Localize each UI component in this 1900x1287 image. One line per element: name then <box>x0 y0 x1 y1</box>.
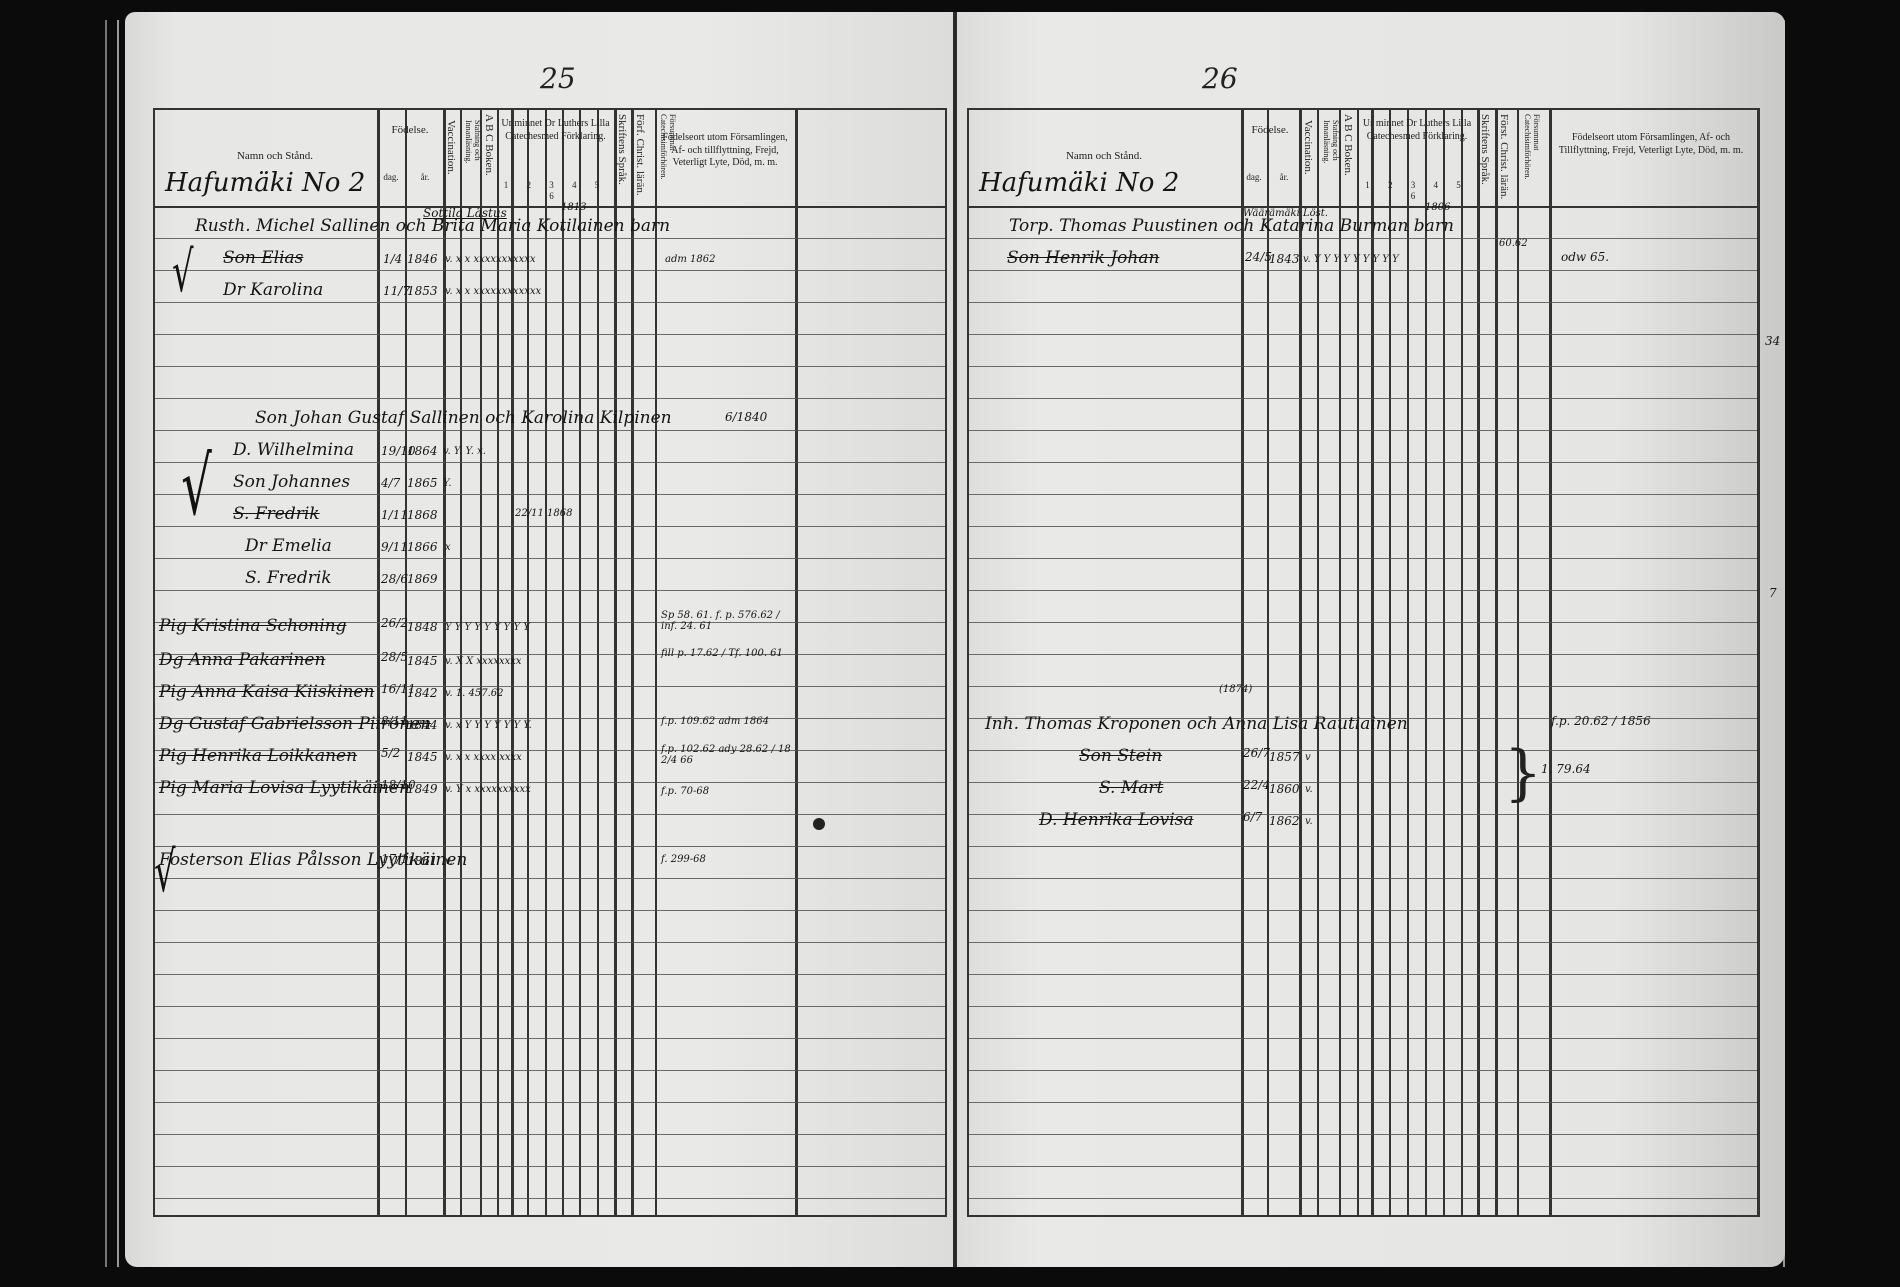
birth-year: 1862 <box>1269 814 1300 828</box>
remark: f.p. 109.62 adm 1864 <box>661 716 769 727</box>
col-rule <box>795 110 798 1215</box>
remark: f. 299-68 <box>661 854 706 865</box>
birth-year: 1869 <box>407 572 438 586</box>
row-rule <box>969 910 1757 911</box>
header-christ: Förf. Christ. lärän. <box>634 114 646 204</box>
row-rule <box>969 1006 1757 1007</box>
col-rule <box>1517 110 1519 1215</box>
col-rule <box>545 110 547 1215</box>
row-rule <box>155 1006 945 1007</box>
remark: odw 65. <box>1561 250 1609 264</box>
row-rule <box>969 878 1757 879</box>
col-rule <box>1389 110 1391 1215</box>
remark: f.p. 20.62 / 1856 <box>1551 714 1651 728</box>
marks: v. Y. Y. x. <box>443 446 486 457</box>
row-rule <box>969 590 1757 591</box>
birth-day: 1/11 <box>381 508 408 522</box>
row-rule <box>155 302 945 303</box>
remark: Sp 58. 61. f. p. 576.62 / inf. 24. 61 <box>661 610 791 632</box>
person-name: D. Wilhelmina <box>233 440 354 460</box>
header-birth-day: dag. <box>377 172 405 183</box>
marks: v <box>1305 752 1311 763</box>
household-head: Inh. Thomas Kroponen och Anna Lisa Rauti… <box>985 714 1408 734</box>
ledger-table: Namn och Stånd. Födelse. dag. år. Vaccin… <box>153 108 947 1217</box>
header-reading: Stafning och Innanläsning. <box>464 120 482 204</box>
marks: v. 1. 457.62 <box>445 688 504 699</box>
person-name: D. Henrika Lovisa <box>1039 810 1194 830</box>
household-head: Rusth. Michel Sallinen och Brita Maria K… <box>195 216 670 236</box>
header-vaccination: Vaccination. <box>445 120 457 204</box>
row-rule <box>969 686 1757 687</box>
farm-title: Hafumäki No 2 <box>165 168 365 198</box>
row-rule <box>969 430 1757 431</box>
marks: v. x x xxxxxxxxxxxx <box>445 286 541 297</box>
row-rule <box>155 398 945 399</box>
marks: v. x x xxxxxxxxxxx <box>445 254 536 265</box>
row-rule <box>969 942 1757 943</box>
birth-day: 9/11 <box>381 540 408 554</box>
person-name: Son Stein <box>1079 746 1162 766</box>
header-birth-year: år. <box>1269 172 1299 183</box>
bracket-note: 1. 79.64 <box>1541 762 1591 776</box>
birth-year: 1868 <box>407 508 438 522</box>
remark: f.p. 102.62 ady 28.62 / 18 2/4 66 <box>661 744 791 766</box>
col-rule <box>1339 110 1341 1215</box>
person-name: Pig Henrika Loikkanen <box>159 746 357 766</box>
person-name: Pig Kristina Schoning <box>159 616 346 636</box>
col-rule <box>1425 110 1427 1215</box>
row-rule <box>155 238 945 239</box>
birth-year: 1857 <box>1269 750 1300 764</box>
col-rule <box>1371 110 1374 1215</box>
header-scripture: Skriftens Språk. <box>1479 114 1491 204</box>
check-mark-icon: √ <box>181 440 212 533</box>
row-rule <box>155 462 945 463</box>
birth-year: 1848 <box>407 620 438 634</box>
col-rule <box>377 110 380 1215</box>
birth-year: 1844 <box>407 718 438 732</box>
col-rule <box>1461 110 1463 1215</box>
birth-year: 1853 <box>407 284 438 298</box>
marks: 22/11 1868 <box>515 508 572 519</box>
header-abc-book: A B C Boken. <box>1342 114 1354 204</box>
person-name: Dr Emelia <box>245 536 332 556</box>
person-name: Son Henrik Johan <box>1007 248 1159 268</box>
birth-year: 1845 <box>407 750 438 764</box>
birth-year: 1849 <box>407 782 438 796</box>
header-birth-day: dag. <box>1241 172 1267 183</box>
marks: v. x Y Y Y Y Y Y Y. <box>445 720 532 731</box>
header-name: Namn och Stånd. <box>215 150 335 164</box>
row-rule <box>969 1102 1757 1103</box>
annotation: (1874) <box>1219 684 1252 695</box>
marks: Y Y Y Y Y Y Y Y Y <box>445 622 530 633</box>
col-rule <box>1407 110 1409 1215</box>
header-vaccination: Vaccination. <box>1302 120 1314 204</box>
marks: v. <box>1305 816 1313 827</box>
row-rule <box>155 942 945 943</box>
birth-year: 1860 <box>1269 782 1300 796</box>
row-rule <box>969 462 1757 463</box>
row-rule <box>155 878 945 879</box>
person-name: Son Johannes <box>233 472 350 492</box>
page-number: 25 <box>540 62 576 95</box>
page-number: 26 <box>1202 62 1238 95</box>
row-rule <box>969 846 1757 847</box>
row-rule <box>155 1198 945 1199</box>
row-rule <box>969 526 1757 527</box>
row-rule <box>969 238 1757 239</box>
birth-day: 8/11 <box>381 714 408 728</box>
marks: v. <box>1305 784 1313 795</box>
header-catechism: Ur minnet Dr Luthers Lilla Catechesmed F… <box>1357 118 1477 143</box>
row-rule <box>969 1038 1757 1039</box>
row-rule <box>969 270 1757 271</box>
person-name: Pig Anna Kaisa Kiiskinen <box>159 682 374 702</box>
birth-year: 1866 <box>407 540 438 554</box>
row-rule <box>155 526 945 527</box>
margin-note: 34 <box>1765 334 1780 348</box>
ledger-table: Namn och Stånd. Födelse. dag. år. Vaccin… <box>967 108 1760 1217</box>
row-rule <box>155 1134 945 1135</box>
row-rule <box>969 302 1757 303</box>
header-christ: Först. Christ. lärän. <box>1498 114 1510 204</box>
birth-day: 26/2 <box>381 616 408 630</box>
book-edge-left <box>105 20 119 1267</box>
row-rule <box>155 558 945 559</box>
row-rule <box>969 974 1757 975</box>
row-rule <box>155 974 945 975</box>
farm-title: Hafumäki No 2 <box>979 168 1179 198</box>
marks: x <box>445 542 451 553</box>
header-divider <box>155 206 945 208</box>
row-rule <box>155 1038 945 1039</box>
row-rule <box>969 1134 1757 1135</box>
col-rule <box>1357 110 1359 1215</box>
row-rule <box>155 1070 945 1071</box>
household-head: Son Johan Gustaf Sallinen och Karolina K… <box>255 408 672 428</box>
row-rule <box>155 846 945 847</box>
header-catechism-cols: 1 2 3 4 5 6 <box>1357 180 1477 203</box>
marks: Y. <box>443 478 452 489</box>
marks: v. x x xxxx xxxx <box>445 752 522 763</box>
margin-note: 7 <box>1769 586 1777 600</box>
person-name: S. Fredrik <box>245 568 332 588</box>
header-reading: Stafning och Innanläsning. <box>1322 120 1340 204</box>
header-birth: Födelse. <box>377 124 443 138</box>
birth-day: 22/4 <box>1243 778 1270 792</box>
check-mark-icon: √ <box>172 240 193 305</box>
birth-day: 1/4 <box>383 252 402 266</box>
header-name: Namn och Stånd. <box>1039 150 1169 164</box>
row-rule <box>969 622 1757 623</box>
col-rule <box>655 110 657 1215</box>
row-rule <box>155 494 945 495</box>
row-rule <box>155 910 945 911</box>
birth-year: 1865 <box>407 476 438 490</box>
col-rule <box>1317 110 1319 1215</box>
row-rule <box>155 590 945 591</box>
row-rule <box>155 270 945 271</box>
col-rule <box>579 110 581 1215</box>
birth-day: 11/7 <box>383 284 410 298</box>
col-rule <box>1495 110 1498 1215</box>
ledger-book: 25 <box>105 12 1785 1277</box>
annotation-year: 1806 <box>1425 202 1450 213</box>
header-catechism: Ur minnet Dr Luthers Lilla Catechesmed F… <box>497 118 614 143</box>
birth-year: 1861 <box>407 854 438 868</box>
remark: fill p. 17.62 / Tf. 100. 61 <box>661 648 791 659</box>
row-rule <box>155 366 945 367</box>
birth-year: 1845 <box>407 654 438 668</box>
row-rule <box>969 366 1757 367</box>
remark: 6/1840 <box>725 410 767 424</box>
person-name: Pig Maria Lovisa Lyytikäinen <box>159 778 410 798</box>
birth-day: 4/7 <box>381 476 400 490</box>
person-name: Son Elias <box>223 248 303 268</box>
header-birth: Födelse. <box>1241 124 1299 138</box>
person-name: Dr Karolina <box>223 280 323 300</box>
header-remarks: Födelseort utom Församlingen, Af- och Ti… <box>1551 132 1751 157</box>
marks: v. Y Y Y Y Y Y Y Y Y <box>1303 254 1399 265</box>
birth-day: 26/7 <box>1243 746 1270 760</box>
row-rule <box>155 1166 945 1167</box>
row-rule <box>155 334 945 335</box>
birth-year: 1842 <box>407 686 438 700</box>
col-rule <box>527 110 529 1215</box>
row-rule <box>969 1070 1757 1071</box>
remark: adm 1862 <box>665 254 715 265</box>
birth-day: 28/5 <box>381 650 408 664</box>
row-rule <box>969 782 1757 783</box>
col-rule <box>1477 110 1480 1215</box>
header-exam: Försummat Catechisimförhören. <box>1523 114 1541 204</box>
row-rule <box>969 398 1757 399</box>
bracket-icon: } <box>1504 738 1542 808</box>
col-rule <box>1241 110 1244 1215</box>
col-rule <box>631 110 634 1215</box>
row-rule <box>969 494 1757 495</box>
row-rule <box>155 814 945 815</box>
marks: v. X X xxxxxxxx <box>445 656 522 667</box>
birth-day: 5/2 <box>381 746 400 760</box>
birth-day: 17/1 <box>381 852 408 866</box>
row-rule <box>969 334 1757 335</box>
header-divider <box>969 206 1757 208</box>
row-rule <box>969 1198 1757 1199</box>
birth-day: 28/6 <box>381 572 408 586</box>
col-rule <box>597 110 599 1215</box>
birth-day: 6/7 <box>1243 810 1262 824</box>
row-rule <box>969 654 1757 655</box>
remark: f.p. 70-68 <box>661 786 709 797</box>
annotation-year: 1813 <box>561 202 586 213</box>
col-rule <box>1267 110 1269 1215</box>
header-remarks: Födelseort utom Församlingen, Af- och ti… <box>655 132 795 170</box>
birth-year: 1843 <box>1269 252 1300 266</box>
person-name: Dg Anna Pakarinen <box>159 650 325 670</box>
marks: v. <box>445 856 453 867</box>
birth-day: 24/5 <box>1245 250 1272 264</box>
row-rule <box>155 1102 945 1103</box>
header-abc-book: A B C Boken. <box>483 114 495 204</box>
row-rule <box>969 558 1757 559</box>
person-name: S. Mart <box>1099 778 1163 798</box>
person-name: S. Fredrik <box>233 504 320 524</box>
birth-year: 1864 <box>407 444 438 458</box>
annotation-note: 60.62 <box>1499 238 1528 249</box>
col-rule <box>1443 110 1445 1215</box>
household-head: Torp. Thomas Puustinen och Katarina Burm… <box>1009 216 1454 236</box>
col-rule <box>1299 110 1302 1215</box>
marks: v. Y x xxxxxxxxxx <box>445 784 531 795</box>
header-birth-year: år. <box>407 172 443 183</box>
col-rule <box>1549 110 1552 1215</box>
right-page: 26 <box>957 12 1785 1267</box>
row-rule <box>155 430 945 431</box>
left-page: 25 <box>125 12 955 1267</box>
check-mark-icon: √ <box>154 840 175 905</box>
col-rule <box>562 110 564 1215</box>
ink-blot <box>813 818 825 830</box>
row-rule <box>969 1166 1757 1167</box>
header-catechism-cols: 1 2 3 4 5 6 <box>497 180 614 203</box>
header-scripture: Skriftens Språk. <box>616 114 628 204</box>
birth-year: 1846 <box>407 252 438 266</box>
col-rule <box>614 110 617 1215</box>
